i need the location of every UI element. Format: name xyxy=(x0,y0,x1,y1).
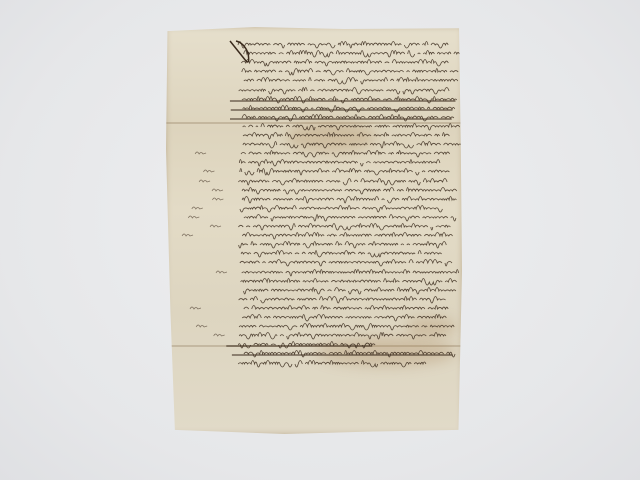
manuscript-page xyxy=(166,27,462,434)
text-line xyxy=(166,354,462,374)
initial-flourish xyxy=(228,35,268,75)
